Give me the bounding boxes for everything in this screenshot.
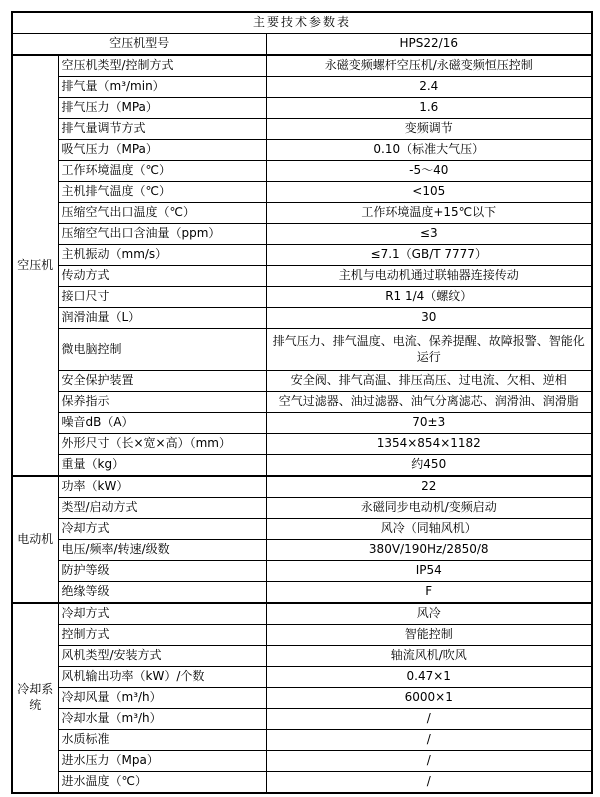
param-label-cell: 传动方式 [58, 266, 266, 287]
table-row: 类型/启动方式永磁同步电动机/变频启动 [12, 498, 592, 519]
param-label-cell: 排气压力（MPa） [58, 98, 266, 119]
table-row: 防护等级IP54 [12, 561, 592, 582]
table-row: 传动方式主机与电动机通过联轴器连接传动 [12, 266, 592, 287]
model-value: HPS22/16 [266, 34, 592, 56]
param-value-cell: 主机与电动机通过联轴器连接传动 [266, 266, 592, 287]
param-label-cell: 冷却风量（m³/h） [58, 688, 266, 709]
table-row: 冷却风量（m³/h）6000×1 [12, 688, 592, 709]
param-label-cell: 电压/频率/转速/级数 [58, 540, 266, 561]
param-value-cell: 380V/190Hz/2850/8 [266, 540, 592, 561]
table-row: 进水压力（Mpa）/ [12, 751, 592, 772]
table-row: 风机类型/安装方式轴流风机/吹风 [12, 646, 592, 667]
table-row: 主机排气温度（℃）<105 [12, 182, 592, 203]
param-value-cell: <105 [266, 182, 592, 203]
param-value-cell: 永磁同步电动机/变频启动 [266, 498, 592, 519]
table-row: 冷却系统冷却方式风冷 [12, 603, 592, 625]
table-row: 排气量（m³/min）2.4 [12, 77, 592, 98]
param-value-cell: 风冷（同轴风机） [266, 519, 592, 540]
table-row: 安全保护装置安全阀、排气高温、排压高压、过电流、欠相、逆相 [12, 371, 592, 392]
param-label-cell: 吸气压力（MPa） [58, 140, 266, 161]
table-row: 工作环境温度（℃）-5～40 [12, 161, 592, 182]
table-row: 保养指示空气过滤器、油过滤器、油气分离滤芯、润滑油、润滑脂 [12, 392, 592, 413]
param-value-cell: 安全阀、排气高温、排压高压、过电流、欠相、逆相 [266, 371, 592, 392]
param-label-cell: 水质标准 [58, 730, 266, 751]
table-row: 冷却水量（m³/h）/ [12, 709, 592, 730]
param-value-cell: 排气压力、排气温度、电流、保养提醒、故障报警、智能化运行 [266, 329, 592, 371]
param-value-cell: 智能控制 [266, 625, 592, 646]
param-value-cell: IP54 [266, 561, 592, 582]
param-value-cell: 70±3 [266, 413, 592, 434]
param-label-cell: 噪音dB（A） [58, 413, 266, 434]
param-value-cell: 约450 [266, 455, 592, 477]
param-value-cell: 30 [266, 308, 592, 329]
page-title: 主要技术参数表 [12, 12, 592, 34]
param-value-cell: 0.47×1 [266, 667, 592, 688]
param-value-cell: / [266, 751, 592, 772]
param-value-cell: 工作环境温度+15℃以下 [266, 203, 592, 224]
table-row: 润滑油量（L）30 [12, 308, 592, 329]
table-row: 电动机功率（kW）22 [12, 476, 592, 498]
param-label-cell: 类型/启动方式 [58, 498, 266, 519]
param-label-cell: 接口尺寸 [58, 287, 266, 308]
param-value-cell: 6000×1 [266, 688, 592, 709]
page: 主要技术参数表 空压机型号 HPS22/16 空压机空压机类型/控制方式永磁变频… [0, 0, 600, 797]
table-row: 电压/频率/转速/级数380V/190Hz/2850/8 [12, 540, 592, 561]
param-label-cell: 功率（kW） [58, 476, 266, 498]
param-value-cell: 空气过滤器、油过滤器、油气分离滤芯、润滑油、润滑脂 [266, 392, 592, 413]
param-label-cell: 主机排气温度（℃） [58, 182, 266, 203]
table-row: 进水温度（℃）/ [12, 772, 592, 794]
param-label-cell: 压缩空气出口含油量（ppm） [58, 224, 266, 245]
param-label-cell: 进水温度（℃） [58, 772, 266, 794]
model-row: 空压机型号 HPS22/16 [12, 34, 592, 56]
title-row: 主要技术参数表 [12, 12, 592, 34]
table-row: 冷却方式风冷（同轴风机） [12, 519, 592, 540]
param-label-cell: 重量（kg） [58, 455, 266, 477]
table-row: 绝缘等级F [12, 582, 592, 604]
param-value-cell: 22 [266, 476, 592, 498]
param-label-cell: 工作环境温度（℃） [58, 161, 266, 182]
param-value-cell: 2.4 [266, 77, 592, 98]
param-value-cell: 永磁变频螺杆空压机/永磁变频恒压控制 [266, 55, 592, 77]
param-label-cell: 安全保护装置 [58, 371, 266, 392]
table-row: 排气量调节方式变频调节 [12, 119, 592, 140]
param-label-cell: 保养指示 [58, 392, 266, 413]
param-label-cell: 排气量（m³/min） [58, 77, 266, 98]
param-label-cell: 进水压力（Mpa） [58, 751, 266, 772]
table-row: 压缩空气出口温度（℃）工作环境温度+15℃以下 [12, 203, 592, 224]
param-label-cell: 风机输出功率（kW）/个数 [58, 667, 266, 688]
param-value-cell: 风冷 [266, 603, 592, 625]
param-label-cell: 空压机类型/控制方式 [58, 55, 266, 77]
table-row: 重量（kg）约450 [12, 455, 592, 477]
param-value-cell: ≤7.1（GB/T 7777） [266, 245, 592, 266]
spec-table-body: 空压机型号 HPS22/16 空压机空压机类型/控制方式永磁变频螺杆空压机/永磁… [12, 34, 592, 794]
param-label-cell: 防护等级 [58, 561, 266, 582]
main-spec-table: 主要技术参数表 空压机型号 HPS22/16 空压机空压机类型/控制方式永磁变频… [11, 11, 593, 794]
group-name-cell: 冷却系统 [12, 603, 58, 793]
param-value-cell: ≤3 [266, 224, 592, 245]
param-value-cell: 0.10（标准大气压） [266, 140, 592, 161]
param-value-cell: R1 1/4（螺纹） [266, 287, 592, 308]
param-value-cell: 1354×854×1182 [266, 434, 592, 455]
param-label-cell: 润滑油量（L） [58, 308, 266, 329]
param-value-cell: / [266, 772, 592, 794]
table-row: 空压机空压机类型/控制方式永磁变频螺杆空压机/永磁变频恒压控制 [12, 55, 592, 77]
table-row: 控制方式智能控制 [12, 625, 592, 646]
param-label-cell: 风机类型/安装方式 [58, 646, 266, 667]
param-value-cell: / [266, 730, 592, 751]
param-label-cell: 绝缘等级 [58, 582, 266, 604]
param-label-cell: 控制方式 [58, 625, 266, 646]
table-row: 风机输出功率（kW）/个数0.47×1 [12, 667, 592, 688]
table-row: 外形尺寸（长×宽×高）（mm）1354×854×1182 [12, 434, 592, 455]
param-value-cell: F [266, 582, 592, 604]
param-label-cell: 主机振动（mm/s） [58, 245, 266, 266]
param-value-cell: 1.6 [266, 98, 592, 119]
table-row: 主机振动（mm/s）≤7.1（GB/T 7777） [12, 245, 592, 266]
group-name-cell: 空压机 [12, 55, 58, 476]
param-value-cell: / [266, 709, 592, 730]
table-row: 排气压力（MPa）1.6 [12, 98, 592, 119]
table-row: 微电脑控制排气压力、排气温度、电流、保养提醒、故障报警、智能化运行 [12, 329, 592, 371]
param-label-cell: 微电脑控制 [58, 329, 266, 371]
param-label-cell: 压缩空气出口温度（℃） [58, 203, 266, 224]
table-row: 水质标准/ [12, 730, 592, 751]
param-label-cell: 排气量调节方式 [58, 119, 266, 140]
param-label-cell: 冷却水量（m³/h） [58, 709, 266, 730]
table-row: 压缩空气出口含油量（ppm）≤3 [12, 224, 592, 245]
table-row: 接口尺寸R1 1/4（螺纹） [12, 287, 592, 308]
table-row: 吸气压力（MPa）0.10（标准大气压） [12, 140, 592, 161]
param-value-cell: 轴流风机/吹风 [266, 646, 592, 667]
group-name-cell: 电动机 [12, 476, 58, 603]
param-label-cell: 冷却方式 [58, 519, 266, 540]
param-value-cell: -5～40 [266, 161, 592, 182]
param-label-cell: 外形尺寸（长×宽×高）（mm） [58, 434, 266, 455]
model-label: 空压机型号 [12, 34, 266, 56]
param-value-cell: 变频调节 [266, 119, 592, 140]
param-label-cell: 冷却方式 [58, 603, 266, 625]
table-row: 噪音dB（A）70±3 [12, 413, 592, 434]
